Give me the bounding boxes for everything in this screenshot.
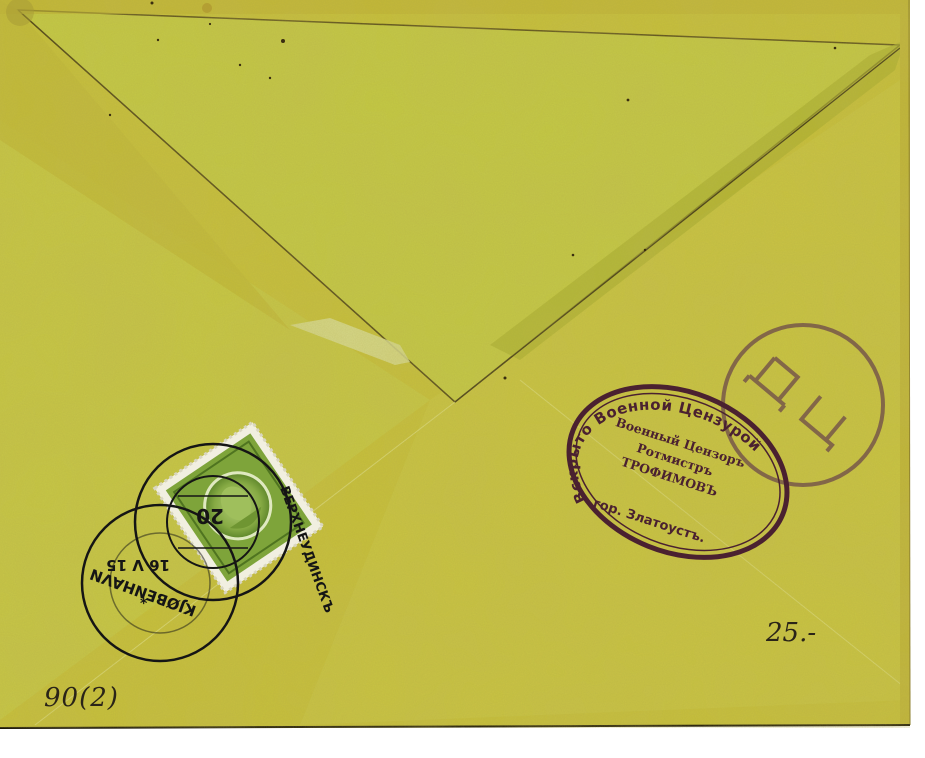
handwritten-note-right: 25.-	[766, 618, 816, 648]
postmark-star: *	[140, 596, 148, 612]
handwritten-note-left: 90(2)	[44, 683, 119, 713]
postmark-date-2: 16 V 15	[106, 556, 170, 574]
